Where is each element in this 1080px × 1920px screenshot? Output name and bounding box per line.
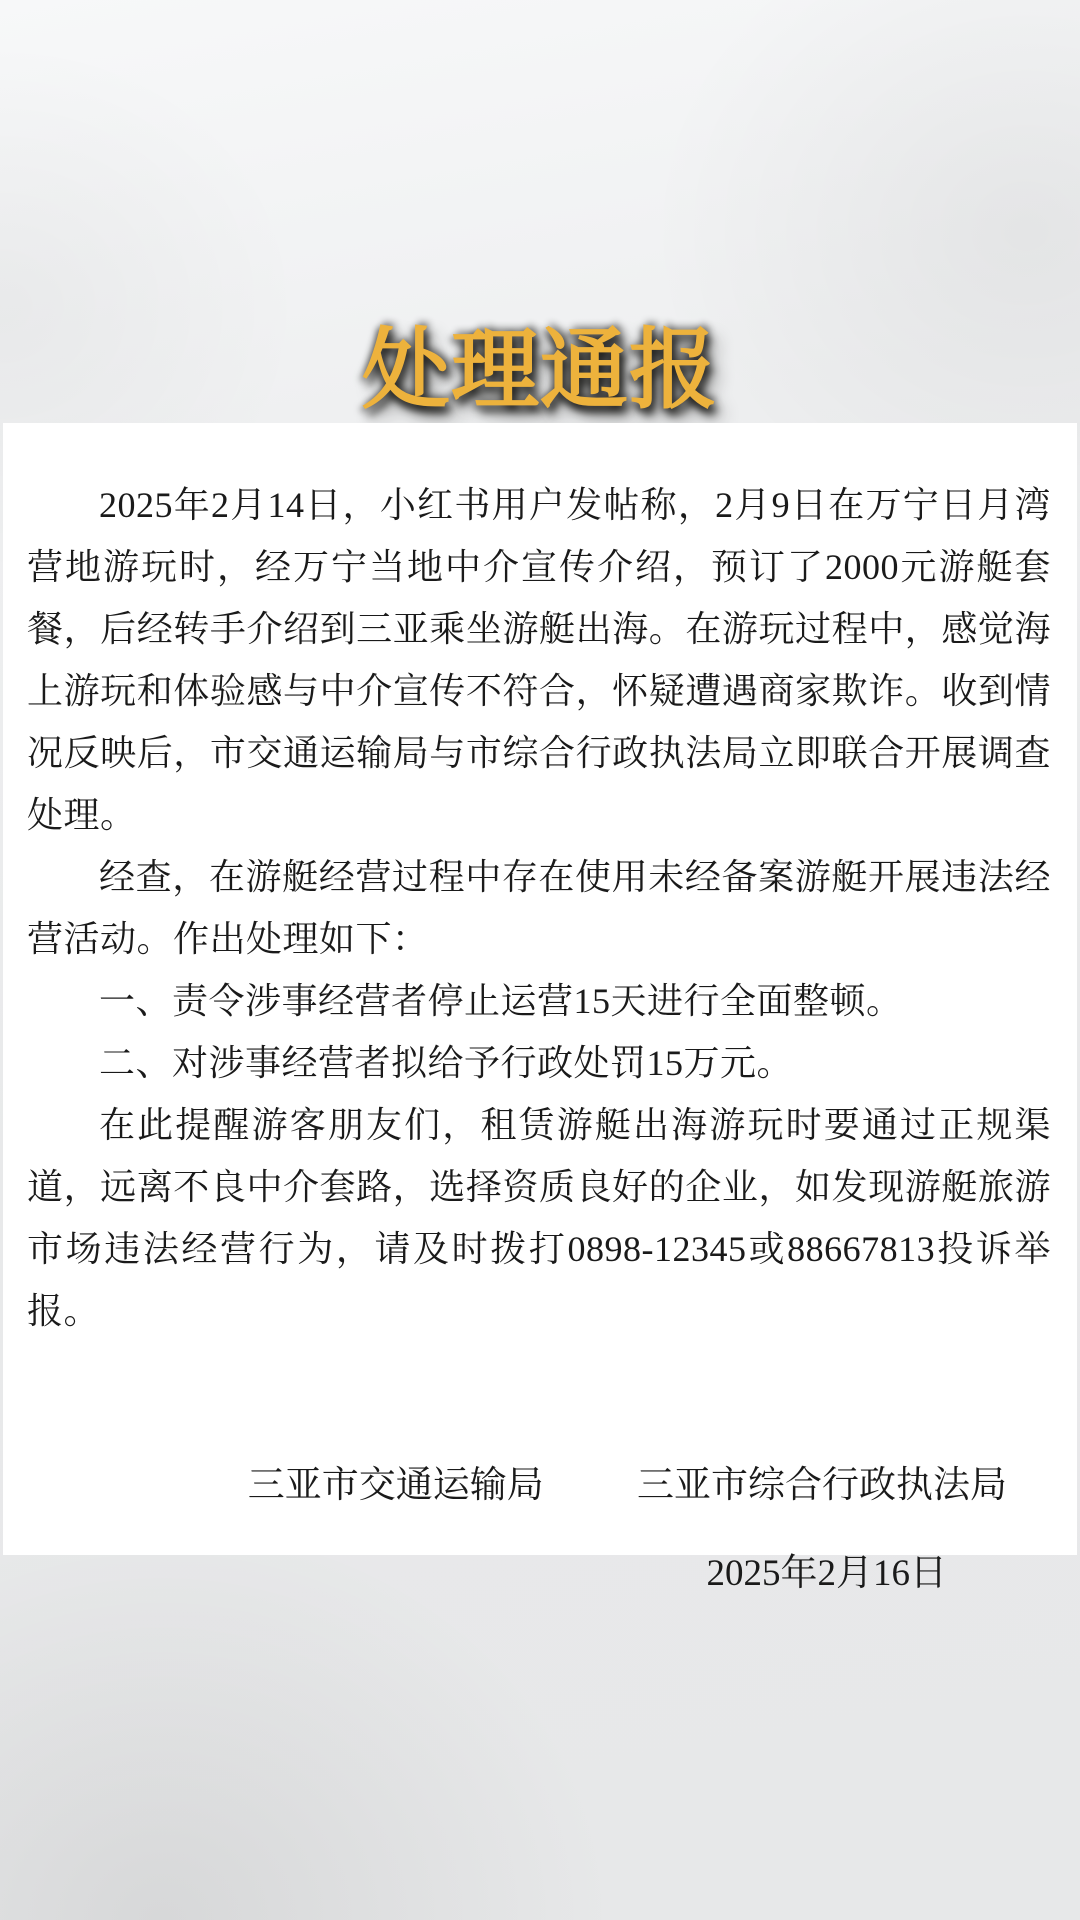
notice-paragraph-incident: 2025年2月14日，小红书用户发帖称，2月9日在万宁日月湾营地游玩时，经万宁当…: [27, 474, 1051, 846]
notice-paragraph-reminder: 在此提醒游客朋友们，租赁游艇出海游玩时要通过正规渠道，远离不良中介套路，选择资质…: [27, 1094, 1051, 1342]
signature-row: 三亚市交通运输局 三亚市综合行政执法局: [27, 1460, 1051, 1512]
notice-title: 处理通报: [0, 322, 1080, 418]
signature-agency-transport-bureau: 三亚市交通运输局: [248, 1465, 544, 1506]
signature-agency-law-enforcement-bureau: 三亚市综合行政执法局: [637, 1465, 1007, 1506]
notice-image: 处理通报 2025年2月14日，小红书用户发帖称，2月9日在万宁日月湾营地游玩时…: [0, 0, 1080, 1920]
notice-paragraph-findings: 经查，在游艇经营过程中存在使用未经备案游艇开展违法经营活动。作出处理如下：: [27, 846, 1051, 970]
notice-paragraph-measure-2: 二、对涉事经营者拟给予行政处罚15万元。: [27, 1032, 1051, 1094]
notice-body-panel: 2025年2月14日，小红书用户发帖称，2月9日在万宁日月湾营地游玩时，经万宁当…: [3, 423, 1077, 1555]
notice-paragraph-measure-1: 一、责令涉事经营者停止运营15天进行全面整顿。: [27, 970, 1051, 1032]
notice-date: 2025年2月16日: [27, 1552, 1051, 1596]
